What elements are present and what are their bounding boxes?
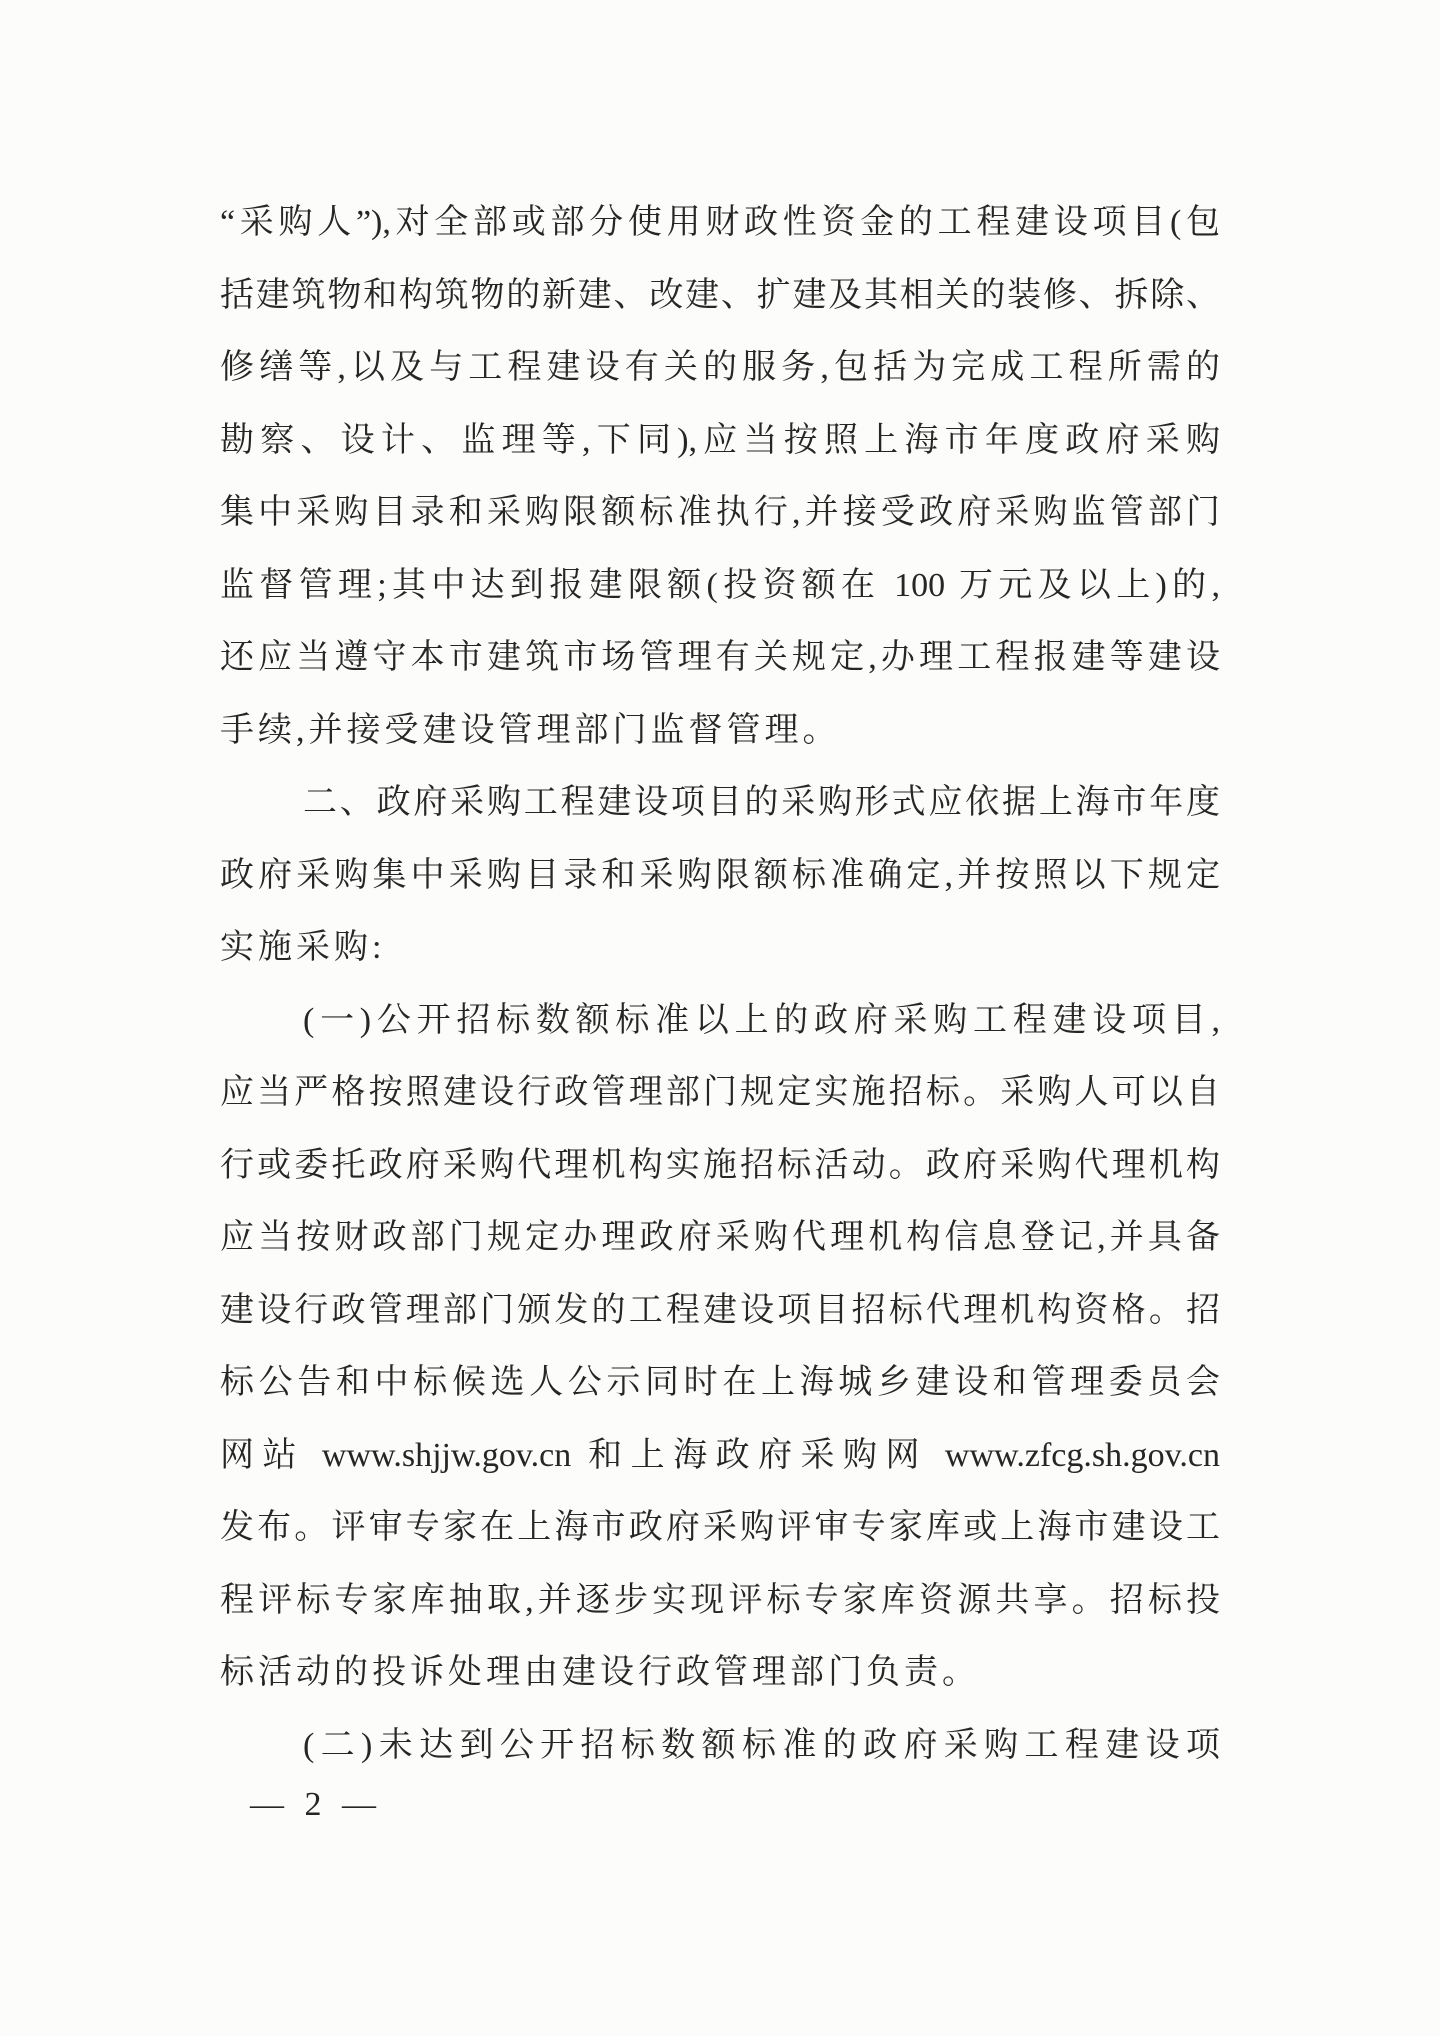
document-line: (一)公开招标数额标准以上的政府采购工程建设项目, bbox=[220, 985, 1220, 1058]
document-line: 标公告和中标候选人公示同时在上海城乡建设和管理委员会 bbox=[220, 1347, 1220, 1420]
document-line: 程评标专家库抽取,并逐步实现评标专家库资源共享。招标投 bbox=[220, 1565, 1220, 1638]
document-line: 标活动的投诉处理由建设行政管理部门负责。 bbox=[220, 1637, 1220, 1710]
document-line: 还应当遵守本市建筑市场管理有关规定,办理工程报建等建设 bbox=[220, 622, 1220, 695]
document-line: 行或委托政府采购代理机构实施招标活动。政府采购代理机构 bbox=[220, 1130, 1220, 1203]
document-line: 集中采购目录和采购限额标准执行,并接受政府采购监管部门 bbox=[220, 477, 1220, 550]
document-line: 实施采购: bbox=[220, 912, 1220, 985]
page-number: — 2 — bbox=[250, 1769, 382, 1842]
document-line: 括建筑物和构筑物的新建、改建、扩建及其相关的装修、拆除、 bbox=[220, 260, 1220, 333]
document-line: 勘察、设计、监理等,下同),应当按照上海市年度政府采购 bbox=[220, 405, 1220, 478]
document-line: 修缮等,以及与工程建设有关的服务,包括为完成工程所需的 bbox=[220, 332, 1220, 405]
document-line: 政府采购集中采购目录和采购限额标准确定,并按照以下规定 bbox=[220, 840, 1220, 913]
document-line: 手续,并接受建设管理部门监督管理。 bbox=[220, 695, 1220, 768]
document-line: 网站 www.shjjw.gov.cn 和上海政府采购网 www.zfcg.sh… bbox=[220, 1420, 1220, 1493]
document-body: “采购人”),对全部或部分使用财政性资金的工程建设项目(包括建筑物和构筑物的新建… bbox=[220, 187, 1220, 1782]
document-line: 应当按财政部门规定办理政府采购代理机构信息登记,并具备 bbox=[220, 1202, 1220, 1275]
document-line: 建设行政管理部门颁发的工程建设项目招标代理机构资格。招 bbox=[220, 1275, 1220, 1348]
document-line: “采购人”),对全部或部分使用财政性资金的工程建设项目(包 bbox=[220, 187, 1220, 260]
document-line: 发布。评审专家在上海市政府采购评审专家库或上海市建设工 bbox=[220, 1492, 1220, 1565]
document-line: 二、政府采购工程建设项目的采购形式应依据上海市年度 bbox=[220, 767, 1220, 840]
document-page: “采购人”),对全部或部分使用财政性资金的工程建设项目(包括建筑物和构筑物的新建… bbox=[0, 0, 1440, 2036]
document-line: 应当严格按照建设行政管理部门规定实施招标。采购人可以自 bbox=[220, 1057, 1220, 1130]
document-line: 监督管理;其中达到报建限额(投资额在 100 万元及以上)的, bbox=[220, 550, 1220, 623]
